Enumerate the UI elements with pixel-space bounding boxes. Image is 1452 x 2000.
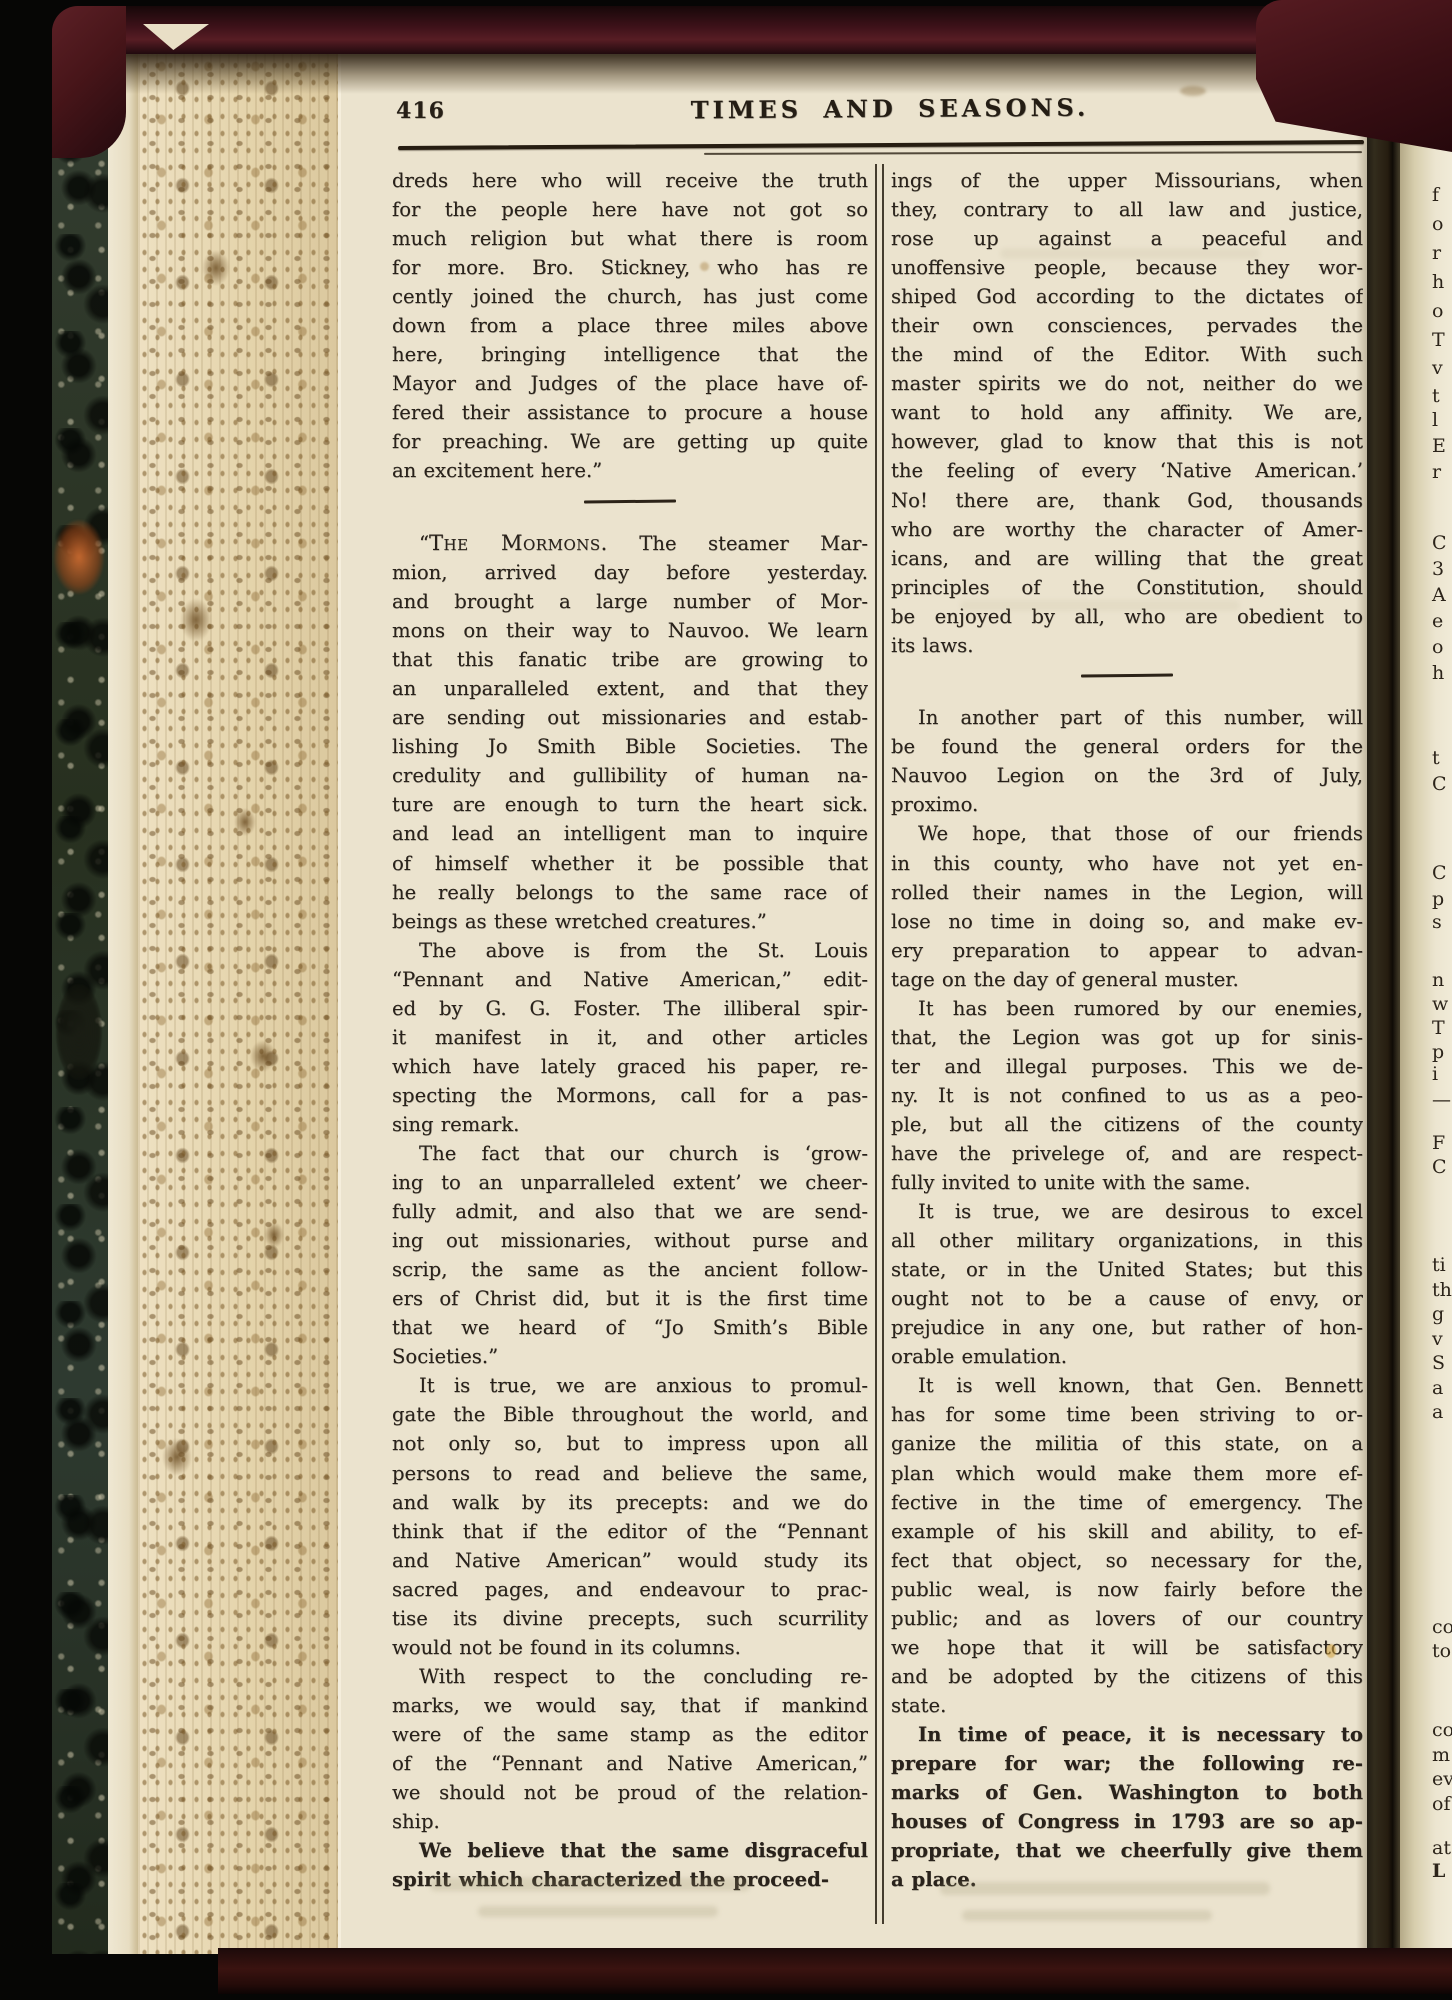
section-rule xyxy=(392,500,868,530)
text-line: want to hold any affinity. We are, xyxy=(891,398,1363,427)
text-line: we should not be proud of the relation- xyxy=(392,1778,868,1807)
edge-blotch xyxy=(180,598,212,642)
show-through-smudge xyxy=(478,1906,718,1917)
text-line: fered their assistance to procure a hous… xyxy=(392,398,868,427)
leather-cover-corner-left xyxy=(52,6,126,158)
next-page-text-fragment: ti xyxy=(1432,1255,1452,1275)
show-through-smudge xyxy=(960,600,1240,611)
text-line: prejudice in any one, but rather of hon- xyxy=(891,1313,1363,1342)
text-line: for more. Bro. Stickney, who has re xyxy=(392,253,868,282)
text-line: “The Mormons. The steamer Mar- xyxy=(392,529,868,558)
marble-accent xyxy=(54,520,104,594)
text-line: ought not to be a cause of envy, or xyxy=(891,1284,1363,1313)
text-line: persons to read and believe the same, xyxy=(392,1459,868,1488)
text-line: tage on the day of general muster. xyxy=(891,965,1363,994)
text-line: public weal, is now fairly before the xyxy=(891,1575,1363,1604)
text-line: fully admit, and also that we are send- xyxy=(392,1197,868,1226)
text-line: be found the general orders for the xyxy=(891,732,1363,761)
text-line: we hope that it will be satisfactory xyxy=(891,1633,1363,1662)
text-line: state. xyxy=(891,1691,1363,1720)
text-line: The fact that our church is ‘grow- xyxy=(392,1139,868,1168)
text-line: ganize the militia of this state, on a xyxy=(891,1429,1363,1458)
text-line: houses of Congress in 1793 are so ap- xyxy=(891,1807,1363,1836)
text-line: who are worthy the character of Amer- xyxy=(891,515,1363,544)
text-line: Mayor and Judges of the place have of- xyxy=(392,369,868,398)
next-page-text-fragment: h xyxy=(1432,663,1452,683)
next-page-text-fragment: co xyxy=(1432,1720,1452,1740)
text-line: principles of the Constitution, should xyxy=(891,573,1363,602)
text-line: lose no time in doing so, and make ev- xyxy=(891,907,1363,936)
paper-stain xyxy=(1180,86,1206,96)
text-line: prepare for war; the following re- xyxy=(891,1749,1363,1778)
edge-blotch xyxy=(250,1040,276,1072)
next-page-text-fragment: co xyxy=(1432,1617,1452,1637)
text-line: ed by G. G. Foster. The illiberal spir- xyxy=(392,994,868,1023)
text-line: sing remark. xyxy=(392,1110,868,1139)
text-line: proximo. xyxy=(891,790,1363,819)
text-line: ship. xyxy=(392,1807,868,1836)
next-page-text-fragment: L xyxy=(1432,1861,1452,1881)
text-line: The above is from the St. Louis xyxy=(392,936,868,965)
show-through-smudge xyxy=(430,1878,750,1891)
next-page-text-fragment: v xyxy=(1432,1329,1452,1349)
next-page-text-fragment: ev xyxy=(1432,1769,1452,1789)
text-line: that, the Legion was got up for sinis- xyxy=(891,1023,1363,1052)
next-page-text-fragment: th xyxy=(1432,1280,1452,1300)
next-page-text-fragment: t xyxy=(1432,748,1452,768)
text-line: lishing Jo Smith Bible Societies. The xyxy=(392,732,868,761)
text-line: marks, we would say, that if mankind xyxy=(392,1691,868,1720)
edge-blotch xyxy=(162,1438,192,1476)
text-line: ple, but all the citizens of the county xyxy=(891,1110,1363,1139)
text-line: fect that object, so necessary for the, xyxy=(891,1546,1363,1575)
text-line: We believe that the same disgraceful xyxy=(392,1836,868,1865)
next-page-text-fragment: n xyxy=(1432,970,1452,990)
text-line: down from a place three miles above xyxy=(392,311,868,340)
text-line: We hope, that those of our friends xyxy=(891,819,1363,848)
text-line: however, glad to know that this is not xyxy=(891,427,1363,456)
next-page-text-fragment: g xyxy=(1432,1304,1452,1324)
next-page-text-fragment: T xyxy=(1432,330,1452,350)
edge-blotch xyxy=(202,250,230,286)
text-line: here, bringing intelligence that the xyxy=(392,340,868,369)
paper-stain xyxy=(1326,1644,1336,1658)
text-line: In another part of this number, will xyxy=(891,703,1363,732)
text-line: for preaching. We are getting up quite xyxy=(392,427,868,456)
text-line: they, contrary to all law and justice, xyxy=(891,195,1363,224)
text-line: in this county, who have not yet en- xyxy=(891,849,1363,878)
next-page-text-fragment: C xyxy=(1432,533,1452,553)
text-line: With respect to the concluding re- xyxy=(392,1662,868,1691)
text-line: tise its divine precepts, such scurrilit… xyxy=(392,1604,868,1633)
book-scan: forhoTvtlErC3AeohtCCpsnwTpi—FCtithgvSaac… xyxy=(0,0,1452,2000)
text-line: gate the Bible throughout the world, and xyxy=(392,1400,868,1429)
text-line: scrip, the same as the ancient follow- xyxy=(392,1255,868,1284)
text-line: ers of Christ did, but it is the first t… xyxy=(392,1284,868,1313)
text-line: propriate, that we cheerfully give them xyxy=(891,1836,1363,1865)
text-line: were of the same stamp as the editor xyxy=(392,1720,868,1749)
text-line: their own consciences, pervades the xyxy=(891,311,1363,340)
text-line: ery preparation to appear to advan- xyxy=(891,936,1363,965)
text-line: have the privelege of, and are respect- xyxy=(891,1139,1363,1168)
marble-accent xyxy=(56,984,102,1080)
text-line: that this fanatic tribe are growing to xyxy=(392,645,868,674)
text-line: ings of the upper Missourians, when xyxy=(891,166,1363,195)
text-line: ing out missionaries, without purse and xyxy=(392,1226,868,1255)
next-page-text-fragment: S xyxy=(1432,1353,1452,1373)
text-line: it manifest in it, and other articles xyxy=(392,1023,868,1052)
left-column: dreds here who will receive the truthfor… xyxy=(392,166,868,1894)
text-line: cently joined the church, has just come xyxy=(392,282,868,311)
next-page-text-fragment: l xyxy=(1432,410,1452,430)
show-through-smudge xyxy=(1000,248,1260,259)
text-line: and brought a large number of Mor- xyxy=(392,587,868,616)
text-line: plan which would make them more ef- xyxy=(891,1459,1363,1488)
text-line: sacred pages, and endeavour to prac- xyxy=(392,1575,868,1604)
text-line: In time of peace, it is necessary to xyxy=(891,1720,1363,1749)
column-divider-rule xyxy=(875,164,884,1924)
text-line: master spirits we do not, neither do we xyxy=(891,369,1363,398)
next-page-fragments: forhoTvtlErC3AeohtCCpsnwTpi—FCtithgvSaac… xyxy=(1398,0,1452,2000)
text-line: dreds here who will receive the truth xyxy=(392,166,868,195)
text-line: are sending out missionaries and estab- xyxy=(392,703,868,732)
text-line: fully invited to unite with the same. xyxy=(891,1168,1363,1197)
text-line: It has been rumored by our enemies, xyxy=(891,994,1363,1023)
next-page-text-fragment: f xyxy=(1432,185,1452,205)
text-line: much religion but what there is room xyxy=(392,224,868,253)
next-page-text-fragment: F xyxy=(1432,1133,1452,1153)
text-line: and be adopted by the citizens of this xyxy=(891,1662,1363,1691)
text-line: the feeling of every ‘Native American.’ xyxy=(891,456,1363,485)
next-page-text-fragment: o xyxy=(1432,301,1452,321)
text-line: not only so, but to impress upon all xyxy=(392,1429,868,1458)
text-line: It is well known, that Gen. Bennett xyxy=(891,1371,1363,1400)
next-page-text-fragment: a xyxy=(1432,1402,1452,1422)
text-line: and walk by its precepts: and we do xyxy=(392,1488,868,1517)
text-line: all other military organizations, in thi… xyxy=(891,1226,1363,1255)
page-edge-sliver xyxy=(108,40,138,1954)
edge-blotch xyxy=(234,808,256,836)
text-line: its laws. xyxy=(891,631,1363,660)
text-line: of himself whether it be possible that xyxy=(392,849,868,878)
next-page-text-fragment: C xyxy=(1432,863,1452,883)
text-line: public; and as lovers of our country xyxy=(891,1604,1363,1633)
next-page-text-fragment: o xyxy=(1432,637,1452,657)
text-line: state, or in the United States; but this xyxy=(891,1255,1363,1284)
right-column: ings of the upper Missourians, whenthey,… xyxy=(891,166,1363,1894)
text-line: marks of Gen. Washington to both xyxy=(891,1778,1363,1807)
text-line: example of his skill and ability, to ef- xyxy=(891,1517,1363,1546)
text-line: and Native American” would study its xyxy=(392,1546,868,1575)
next-page-text-fragment: i xyxy=(1432,1064,1452,1084)
show-through-smudge xyxy=(940,1882,1270,1895)
section-rule xyxy=(891,674,1363,704)
next-page-text-fragment: h xyxy=(1432,272,1452,292)
next-page-text-fragment: r xyxy=(1432,243,1452,263)
edge-blotch xyxy=(264,1222,284,1248)
next-page-text-fragment: s xyxy=(1432,912,1452,932)
next-page-text-fragment: r xyxy=(1432,462,1452,482)
text-line: ture are enough to turn the heart sick. xyxy=(392,790,868,819)
next-page-text-fragment: t xyxy=(1432,386,1452,406)
text-line: the mind of the Editor. With such xyxy=(891,340,1363,369)
text-line: an unparalleled extent, and that they xyxy=(392,674,868,703)
text-line: ny. It is not confined to us as a peo- xyxy=(891,1081,1363,1110)
text-line: rolled their names in the Legion, will xyxy=(891,878,1363,907)
text-line: icans, and are willing that the great xyxy=(891,544,1363,573)
next-page-text-fragment: — xyxy=(1432,1090,1452,1110)
text-line: specting the Mormons, call for a pas- xyxy=(392,1081,868,1110)
text-line: It is true, we are anxious to promul- xyxy=(392,1371,868,1400)
text-line: shiped God according to the dictates of xyxy=(891,282,1363,311)
text-line: think that if the editor of the “Pennant xyxy=(392,1517,868,1546)
text-line: No! there are, thank God, thousands xyxy=(891,486,1363,515)
marbled-fore-edge xyxy=(52,40,352,1954)
text-line: and lead an intelligent man to inquire xyxy=(392,819,868,848)
text-line: It is true, we are desirous to excel xyxy=(891,1197,1363,1226)
next-page-text-fragment: of xyxy=(1432,1794,1452,1814)
text-line: “Pennant and Native American,” edit- xyxy=(392,965,868,994)
leather-cover-bottom xyxy=(218,1948,1452,1994)
next-page-text-fragment: o xyxy=(1432,214,1452,234)
text-line: has for some time been striving to or- xyxy=(891,1400,1363,1429)
page-number: 416 xyxy=(396,98,445,124)
speckled-page-edges xyxy=(138,40,352,1954)
text-line: beings as these wretched creatures.” xyxy=(392,907,868,936)
next-page-text-fragment: at xyxy=(1432,1838,1452,1858)
text-line: ter and illegal purposes. This we de- xyxy=(891,1052,1363,1081)
text-line: for the people here have not got so xyxy=(392,195,868,224)
text-line: Nauvoo Legion on the 3rd of July, xyxy=(891,761,1363,790)
text-line: would not be found in its columns. xyxy=(392,1633,868,1662)
text-line: an excitement here.” xyxy=(392,456,868,485)
show-through-smudge xyxy=(962,1910,1212,1921)
paper-stain xyxy=(700,262,709,271)
next-page-text-fragment: w xyxy=(1432,994,1452,1014)
leather-cover-top xyxy=(52,6,1362,54)
text-line: orable emulation. xyxy=(891,1342,1363,1371)
text-line: which have lately graced his paper, re- xyxy=(392,1052,868,1081)
text-line: Societies.” xyxy=(392,1342,868,1371)
next-page-text-fragment: p xyxy=(1432,1042,1452,1062)
next-page-text-fragment: C xyxy=(1432,774,1452,794)
next-page-text-fragment: a xyxy=(1432,1378,1452,1398)
masthead-title: TIMES AND SEASONS. xyxy=(690,93,1090,125)
text-line: ing to an unparralleled extent’ we cheer… xyxy=(392,1168,868,1197)
next-page-text-fragment: T xyxy=(1432,1018,1452,1038)
next-page-text-fragment: m xyxy=(1432,1745,1452,1765)
next-page-text-fragment: v xyxy=(1432,358,1452,378)
next-page-text-fragment: E xyxy=(1432,436,1452,456)
text-line: he really belongs to the same race of xyxy=(392,878,868,907)
text-line: fective in the time of emergency. The xyxy=(891,1488,1363,1517)
next-page-text-fragment: 3 xyxy=(1432,559,1452,579)
text-line: credulity and gullibility of human na- xyxy=(392,761,868,790)
next-page-text-fragment: e xyxy=(1432,611,1452,631)
text-line: mion, arrived day before yesterday. xyxy=(392,558,868,587)
text-line: mons on their way to Nauvoo. We learn xyxy=(392,616,868,645)
text-line: of the “Pennant and Native American,” xyxy=(392,1749,868,1778)
book-gutter-shadow xyxy=(1356,50,1404,1952)
next-page-text-fragment: p xyxy=(1432,889,1452,909)
next-page-text-fragment: C xyxy=(1432,1157,1452,1177)
text-line: that we heard of “Jo Smith’s Bible xyxy=(392,1313,868,1342)
next-page-text-fragment: A xyxy=(1432,585,1452,605)
next-page-text-fragment: to xyxy=(1432,1641,1452,1661)
